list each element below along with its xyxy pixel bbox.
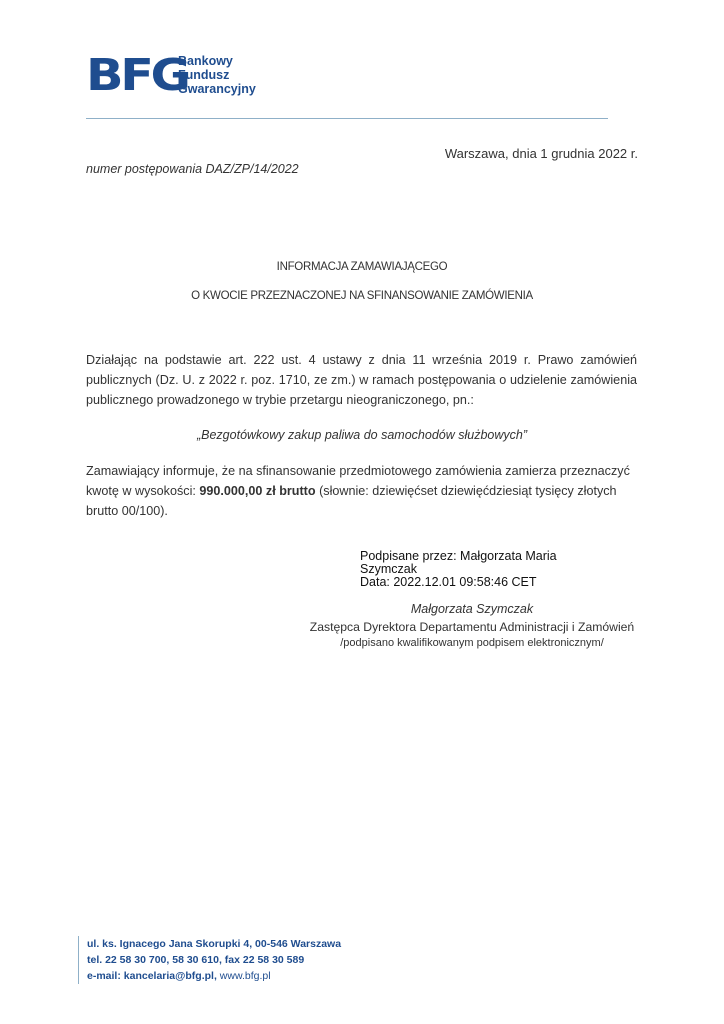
signatory-role: Zastępca Dyrektora Departamentu Administ… [0,620,724,634]
signature-date: Data: 2022.12.01 09:58:46 CET [360,576,557,589]
logo-mark: BFG [86,54,188,98]
bfg-logo: BFG Bankowy Fundusz Gwarancyjny [86,54,177,98]
digital-signature-stamp: Podpisane przez: Małgorzata Maria Szymcz… [360,550,557,589]
footer-phones: tel. 22 58 30 700, 58 30 610, fax 22 58 … [87,952,341,968]
document-title: INFORMACJA ZAMAWIAJĄCEGO [0,261,724,273]
footer-contact: ul. ks. Ignacego Jana Skorupki 4, 00-546… [78,936,341,984]
footer-address: ul. ks. Ignacego Jana Skorupki 4, 00-546… [87,936,341,952]
logo-wordmark: Bankowy Fundusz Gwarancyjny [178,54,256,96]
signature-note: /podpisano kwalifikowanym podpisem elekt… [0,637,724,649]
case-number: numer postępowania DAZ/ZP/14/2022 [86,162,299,176]
email-label: e-mail: [87,970,124,982]
place-date: Warszawa, dnia 1 grudnia 2022 r. [445,146,638,161]
footer-email-line: e-mail: kancelaria@bfg.pl, www.bfg.pl [87,968,341,984]
legal-basis-paragraph: Działając na podstawie art. 222 ust. 4 u… [86,350,637,410]
logo-line: Bankowy [178,54,256,68]
website-link[interactable]: www.bfg.pl [220,970,271,982]
logo-line: Gwarancyjny [178,82,256,96]
procurement-subject: „Bezgotówkowy zakup paliwa do samochodów… [0,428,724,442]
logo-line: Fundusz [178,68,256,82]
amount-value: 990.000,00 zł brutto [199,484,315,498]
header-divider [86,118,608,119]
document-subtitle: O KWOCIE PRZEZNACZONEJ NA SFINANSOWANIE … [0,290,724,302]
email-link[interactable]: kancelaria@bfg.pl [124,970,214,982]
amount-paragraph: Zamawiający informuje, że na sfinansowan… [86,461,637,521]
signatory-name: Małgorzata Szymczak [0,602,724,616]
